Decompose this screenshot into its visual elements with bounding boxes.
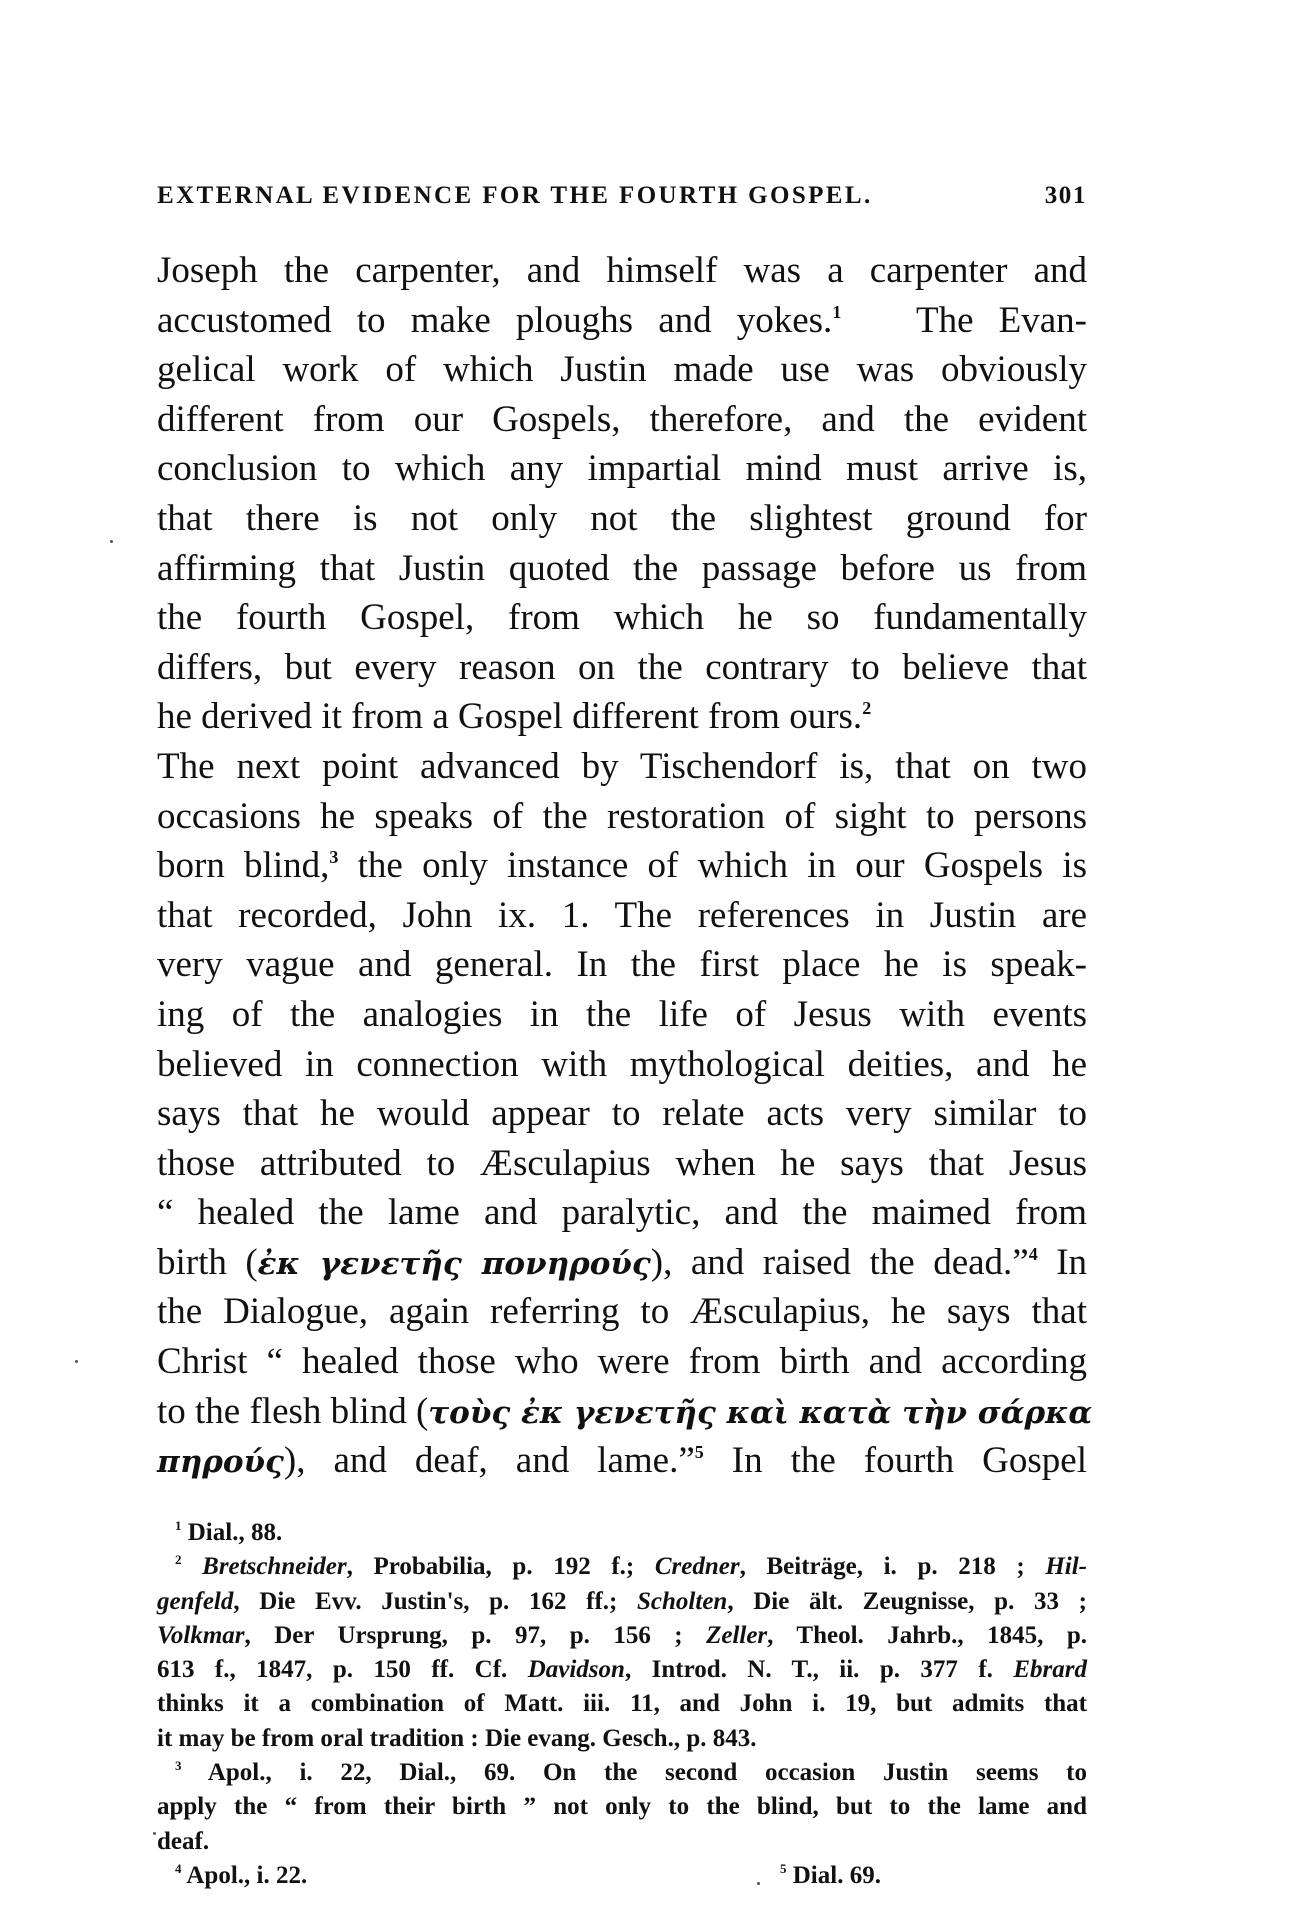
text-line: affirming that Justin quoted the passage… xyxy=(157,544,1087,594)
greek-quote: ἐκ γενετῆς πονηρούς xyxy=(258,1246,651,1282)
paragraph-start-line: The next point advanced by Tischendorf i… xyxy=(157,742,1087,792)
text-line: gelical work of which Justin made use wa… xyxy=(157,345,1087,395)
footnote-3-line: deaf. xyxy=(157,1825,1087,1859)
text-line: accustomed to make ploughs and yokes.1 T… xyxy=(157,296,1087,346)
text-line: believed in connection with mythological… xyxy=(157,1040,1087,1090)
text-line: occasions he speaks of the restoration o… xyxy=(157,792,1087,842)
text-line: birth (ἐκ γενετῆς πονηρούς), and raised … xyxy=(157,1238,1087,1288)
text-line: born blind,3 the only instance of which … xyxy=(157,841,1087,891)
greek-quote: τοὺς ἐκ γενετῆς καὶ κατὰ τὴν σάρκα xyxy=(428,1395,1092,1431)
footnote-2: 2 Bretschneider, Probabilia, p. 192 f.; … xyxy=(157,1550,1087,1584)
running-head-title: EXTERNAL EVIDENCE FOR THE FOURTH GOSPEL. xyxy=(157,182,873,210)
footnote-2-line: Volkmar, Der Ursprung, p. 97, p. 156 ; Z… xyxy=(157,1619,1087,1653)
page-number: 301 xyxy=(1045,182,1087,210)
scan-speck xyxy=(110,540,113,543)
footnote-ref[interactable]: 4 xyxy=(1029,1244,1038,1264)
body-text: Joseph the carpenter, and himself was a … xyxy=(157,246,1087,1486)
footnote-ref[interactable]: 3 xyxy=(329,847,338,867)
text-line: says that he would appear to relate acts… xyxy=(157,1089,1087,1139)
scan-speck xyxy=(757,1882,760,1885)
footnotes: 1 Dial., 88. 2 Bretschneider, Probabilia… xyxy=(157,1516,1087,1893)
footnotes-4-5: 4 Apol., i. 22. 5 Dial. 69. xyxy=(157,1859,1087,1893)
text-line: Christ “ healed those who were from birt… xyxy=(157,1337,1087,1387)
text-line: “ healed the lame and paralytic, and the… xyxy=(157,1188,1087,1238)
text-line: differs, but every reason on the contrar… xyxy=(157,643,1087,693)
scan-speck xyxy=(153,1832,156,1835)
text-line: different from our Gospels, therefore, a… xyxy=(157,395,1087,445)
footnote-2-line: 613 f., 1847, p. 150 ff. Cf. Davidson, I… xyxy=(157,1653,1087,1687)
text-line: Joseph the carpenter, and himself was a … xyxy=(157,246,1087,296)
footnote-ref[interactable]: 2 xyxy=(862,698,871,718)
text-line: that recorded, John ix. 1. The reference… xyxy=(157,891,1087,941)
footnote-3-line: apply the “ from their birth ” not only … xyxy=(157,1790,1087,1824)
greek-quote: πηρούς xyxy=(157,1444,284,1480)
footnote-1: 1 Dial., 88. xyxy=(157,1516,1087,1550)
text-line: those attributed to Æsculapius when he s… xyxy=(157,1139,1087,1189)
footnote-2-line: it may be from oral tradition : Die evan… xyxy=(157,1722,1087,1756)
footnote-3: 3 Apol., i. 22, Dial., 69. On the second… xyxy=(157,1756,1087,1790)
footnote-5: 5 Dial. 69. xyxy=(780,1859,881,1893)
text-line: conclusion to which any impartial mind m… xyxy=(157,444,1087,494)
footnote-4: 4 Apol., i. 22. xyxy=(157,1859,780,1893)
text-line: very vague and general. In the first pla… xyxy=(157,940,1087,990)
text-line: to the flesh blind (τοὺς ἐκ γενετῆς καὶ … xyxy=(157,1387,1087,1437)
text-line: πηρούς), and deaf, and lame.”5 In the fo… xyxy=(157,1436,1087,1486)
footnote-2-line: genfeld, Die Evv. Justin's, p. 162 ff.; … xyxy=(157,1585,1087,1619)
scan-speck xyxy=(75,1360,78,1363)
footnote-ref[interactable]: 5 xyxy=(695,1442,704,1462)
text-line: he derived it from a Gospel different fr… xyxy=(157,692,1087,742)
text-line: ing of the analogies in the life of Jesu… xyxy=(157,990,1087,1040)
text-line: that there is not only not the slightest… xyxy=(157,494,1087,544)
footnote-2-line: thinks it a combination of Matt. iii. 11… xyxy=(157,1687,1087,1721)
footnote-ref[interactable]: 1 xyxy=(832,302,841,322)
running-head: EXTERNAL EVIDENCE FOR THE FOURTH GOSPEL.… xyxy=(157,182,1087,222)
text-line: the Dialogue, again referring to Æsculap… xyxy=(157,1287,1087,1337)
text-line: the fourth Gospel, from which he so fund… xyxy=(157,593,1087,643)
